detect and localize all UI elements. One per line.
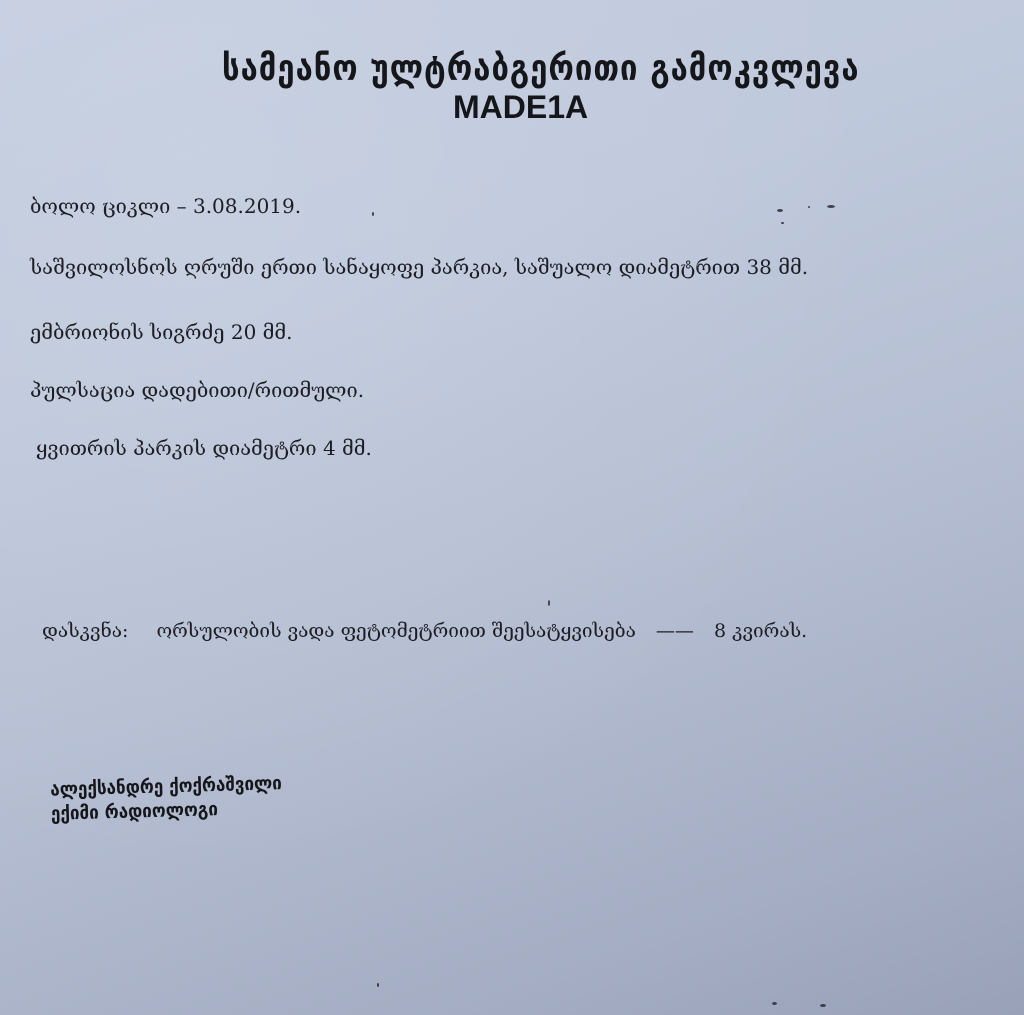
gestational-sac-line: საშვილოსნოს ღრუში ერთი სანაყოფე პარკია, … (30, 255, 808, 279)
conclusion-dash: —— (656, 620, 694, 642)
document-subtitle: MADE1A (453, 89, 588, 126)
paper-background (0, 0, 1024, 1015)
print-speck (372, 212, 374, 216)
print-speck (377, 983, 379, 987)
document-title: სამეანო ულტრაბგერითი გამოკვლევა (222, 48, 859, 89)
signature-role: ექიმი რადიოლოგი (51, 796, 283, 827)
last-cycle-line: ბოლო ციკლი – 3.08.2019. (30, 194, 301, 218)
print-speck (548, 600, 550, 606)
conclusion-label: დასკვნა: (42, 620, 128, 642)
conclusion-value: 8 კვირას. (714, 620, 807, 642)
embryo-length-line: ემბრიონის სიგრძე 20 მმ. (30, 320, 292, 344)
print-speck (777, 209, 783, 212)
print-speck (808, 206, 810, 208)
print-speck (820, 1004, 826, 1007)
print-speck (772, 1002, 777, 1005)
print-speck (781, 222, 784, 224)
pulsation-line: პულსაცია დადებითი/რითმული. (30, 378, 364, 402)
conclusion: დასკვნა: ორსულობის ვადა ფეტომეტრიით შეეს… (42, 620, 807, 642)
print-speck (827, 205, 835, 208)
signature-block: ალექსანდრე ქოქრაშვილი ექიმი რადიოლოგი (50, 772, 283, 827)
yolk-sac-line: ყვითრის პარკის დიამეტრი 4 მმ. (36, 436, 372, 460)
conclusion-text: ორსულობის ვადა ფეტომეტრიით შეესატყვისება (156, 620, 635, 642)
